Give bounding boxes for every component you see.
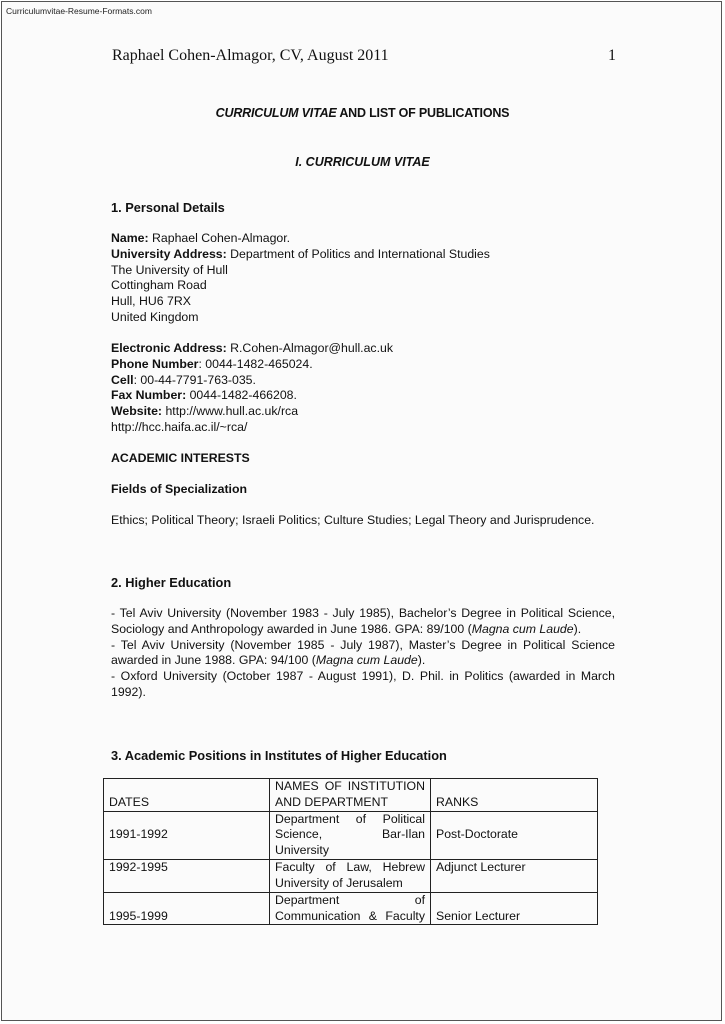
- higher-education-heading: 2. Higher Education: [111, 575, 615, 591]
- website-link[interactable]: http://www.hull.ac.uk/rca: [162, 404, 298, 418]
- cell-dates: 1991-1992: [104, 811, 270, 859]
- academic-interests-heading: ACADEMIC INTERESTS: [111, 451, 615, 467]
- column-header-dates: DATES: [104, 779, 270, 812]
- education-entry: - Tel Aviv University (November 1985 - J…: [111, 638, 615, 670]
- fax-line: Fax Number: 0044-1482-466208.: [111, 388, 615, 404]
- cell-dates: 1992-1995: [104, 859, 270, 892]
- address-line-2: Cottingham Road: [111, 278, 615, 294]
- email-link[interactable]: R.Cohen-Almagor@hull.ac.uk: [227, 341, 393, 355]
- education-entry: - Oxford University (October 1987 - Augu…: [111, 669, 615, 701]
- address-line: University Address: Department of Politi…: [111, 247, 615, 263]
- cell-institution: Department of Communication & Faculty: [270, 892, 431, 925]
- contact-block: Electronic Address: R.Cohen-Almagor@hull…: [111, 341, 615, 436]
- column-header-institution: NAMES OF INSTITUTION AND DEPARTMENT: [270, 779, 431, 812]
- address-line-4: United Kingdom: [111, 310, 615, 326]
- personal-details-heading: 1. Personal Details: [111, 200, 615, 216]
- cell-rank: Senior Lecturer: [431, 892, 598, 925]
- table-row: 1991-1992 Department of Political Scienc…: [104, 811, 598, 859]
- title-rest: AND LIST OF PUBLICATIONS: [337, 106, 510, 120]
- column-header-ranks: RANKS: [431, 779, 598, 812]
- document-title: CURRICULUM VITAE AND LIST OF PUBLICATION…: [0, 106, 725, 120]
- table-row: 1995-1999 Department of Communication & …: [104, 892, 598, 925]
- page-number: 1: [608, 47, 616, 65]
- running-header: Raphael Cohen-Almagor, CV, August 2011: [112, 47, 389, 65]
- watermark: Curriculumvitae-Resume-Formats.com: [6, 6, 152, 16]
- cell-institution: Faculty of Law, Hebrew University of Jer…: [270, 859, 431, 892]
- address-line-1: The University of Hull: [111, 263, 615, 279]
- cell-rank: Adjunct Lecturer: [431, 859, 598, 892]
- email-line: Electronic Address: R.Cohen-Almagor@hull…: [111, 341, 615, 357]
- education-list: - Tel Aviv University (November 1983 - J…: [111, 606, 615, 701]
- phone-line: Phone Number: 0044-1482-465024.: [111, 357, 615, 373]
- title-italic: CURRICULUM VITAE: [216, 106, 337, 120]
- website-line: Website: http://www.hull.ac.uk/rca: [111, 404, 615, 420]
- name-line: Name: Raphael Cohen-Almagor.: [111, 231, 615, 247]
- positions-table: DATES NAMES OF INSTITUTION AND DEPARTMEN…: [103, 778, 598, 925]
- cell-dates: 1995-1999: [104, 892, 270, 925]
- section-subtitle: I. CURRICULUM VITAE: [0, 155, 725, 169]
- cell-institution: Department of Political Science, Bar-Ila…: [270, 811, 431, 859]
- cell-line: Cell: 00-44-7791-763-035.: [111, 373, 615, 389]
- personal-details-block: Name: Raphael Cohen-Almagor. University …: [111, 231, 615, 326]
- positions-heading: 3. Academic Positions in Institutes of H…: [111, 748, 615, 764]
- fields-heading: Fields of Specialization: [111, 482, 615, 498]
- fields-text: Ethics; Political Theory; Israeli Politi…: [111, 513, 615, 529]
- table-header-row: DATES NAMES OF INSTITUTION AND DEPARTMEN…: [104, 779, 598, 812]
- cell-rank: Post-Doctorate: [431, 811, 598, 859]
- website-alt-link[interactable]: http://hcc.haifa.ac.il/~rca/: [111, 420, 615, 436]
- table-row: 1992-1995 Faculty of Law, Hebrew Univers…: [104, 859, 598, 892]
- address-line-3: Hull, HU6 7RX: [111, 294, 615, 310]
- education-entry: - Tel Aviv University (November 1983 - J…: [111, 606, 615, 638]
